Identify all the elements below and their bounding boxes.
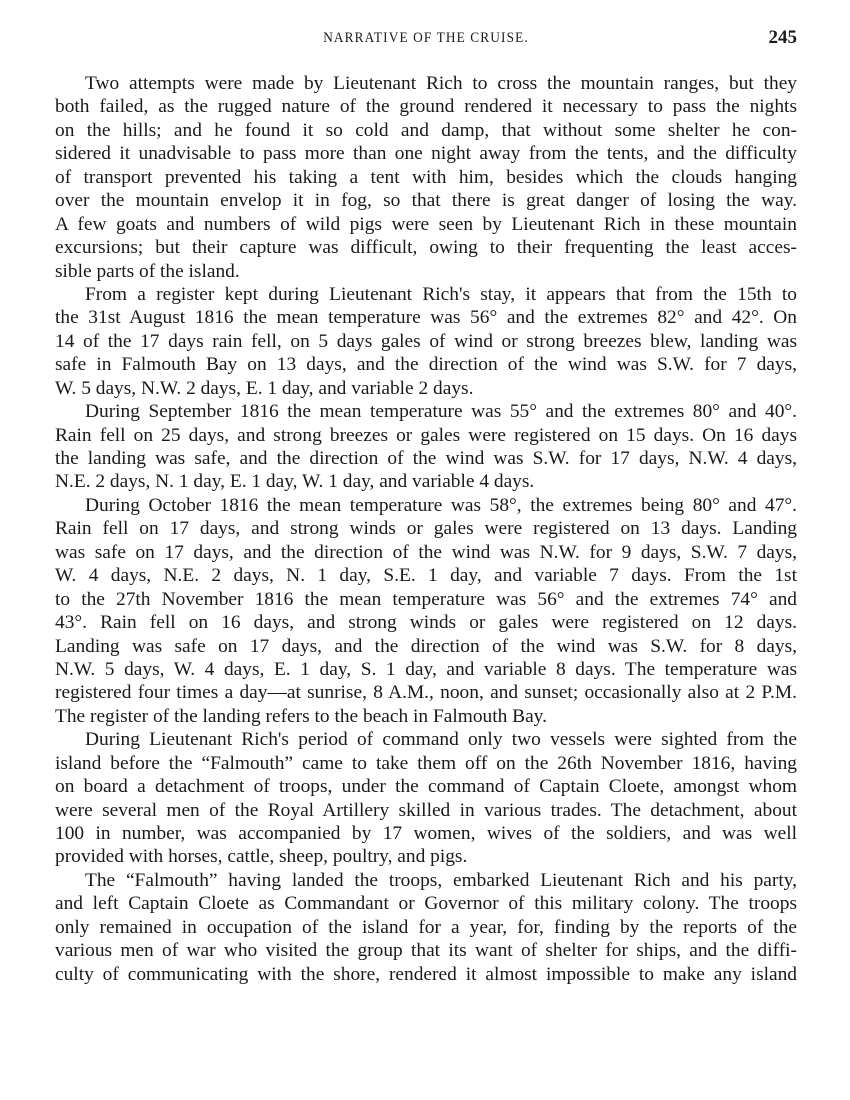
text-line: Two attempts were made by Lieutenant Ric… (55, 72, 797, 95)
text-line: W. 5 days, N.W. 2 days, E. 1 day, and va… (55, 377, 797, 400)
paragraph-mountain-attempts: Two attempts were made by Lieutenant Ric… (55, 72, 797, 283)
text-line: Landing was safe on 17 days, and the dir… (55, 635, 797, 658)
running-head: NARRATIVE OF THE CRUISE. 245 (55, 30, 797, 52)
text-line: Rain fell on 17 days, and strong winds o… (55, 517, 797, 540)
text-line: over the mountain envelop it in fog, so … (55, 189, 797, 212)
text-line: on board a detachment of troops, under t… (55, 775, 797, 798)
text-line: to the 27th November 1816 the mean tempe… (55, 588, 797, 611)
text-line: provided with horses, cattle, sheep, pou… (55, 845, 797, 868)
paragraph-october-november-register: During October 1816 the mean temperature… (55, 494, 797, 728)
text-line: the 31st August 1816 the mean temperatur… (55, 306, 797, 329)
text-line: The “Falmouth” having landed the troops,… (55, 869, 797, 892)
text-line: on the hills; and he found it so cold an… (55, 119, 797, 142)
running-title: NARRATIVE OF THE CRUISE. (85, 30, 768, 47)
text-line: During October 1816 the mean temperature… (55, 494, 797, 517)
text-line: and left Captain Cloete as Commandant or… (55, 892, 797, 915)
text-line: culty of communicating with the shore, r… (55, 963, 797, 986)
paragraph-falmouth-departure: The “Falmouth” having landed the troops,… (55, 869, 797, 986)
text-line: were several men of the Royal Artillery … (55, 799, 797, 822)
paragraph-vessels-sighted: During Lieutenant Rich's period of comma… (55, 728, 797, 869)
text-line: During Lieutenant Rich's period of comma… (55, 728, 797, 751)
text-line: The register of the landing refers to th… (55, 705, 797, 728)
book-page: NARRATIVE OF THE CRUISE. 245 Two attempt… (0, 0, 850, 1100)
text-line: 43°. Rain fell on 16 days, and strong wi… (55, 611, 797, 634)
text-line: sidered it unadvisable to pass more than… (55, 142, 797, 165)
text-line: excursions; but their capture was diffic… (55, 236, 797, 259)
text-line: A few goats and numbers of wild pigs wer… (55, 213, 797, 236)
text-line: both failed, as the rugged nature of the… (55, 95, 797, 118)
paragraph-august-register: From a register kept during Lieutenant R… (55, 283, 797, 400)
text-line: From a register kept during Lieutenant R… (55, 283, 797, 306)
text-line: 14 of the 17 days rain fell, on 5 days g… (55, 330, 797, 353)
text-line: of transport prevented his taking a tent… (55, 166, 797, 189)
text-line: was safe on 17 days, and the direction o… (55, 541, 797, 564)
text-line: island before the “Falmouth” came to tak… (55, 752, 797, 775)
text-line: W. 4 days, N.E. 2 days, N. 1 day, S.E. 1… (55, 564, 797, 587)
page-number: 245 (769, 27, 798, 49)
text-line: the landing was safe, and the direction … (55, 447, 797, 470)
paragraph-september-register: During September 1816 the mean temperatu… (55, 400, 797, 494)
text-line: various men of war who visited the group… (55, 939, 797, 962)
text-line: safe in Falmouth Bay on 13 days, and the… (55, 353, 797, 376)
text-line: N.W. 5 days, W. 4 days, E. 1 day, S. 1 d… (55, 658, 797, 681)
body-text: Two attempts were made by Lieutenant Ric… (55, 72, 797, 986)
text-line: N.E. 2 days, N. 1 day, E. 1 day, W. 1 da… (55, 470, 797, 493)
text-line: sible parts of the island. (55, 260, 797, 283)
text-line: During September 1816 the mean temperatu… (55, 400, 797, 423)
text-line: Rain fell on 25 days, and strong breezes… (55, 424, 797, 447)
text-line: only remained in occupation of the islan… (55, 916, 797, 939)
text-line: 100 in number, was accompanied by 17 wom… (55, 822, 797, 845)
text-line: registered four times a day—at sunrise, … (55, 681, 797, 704)
